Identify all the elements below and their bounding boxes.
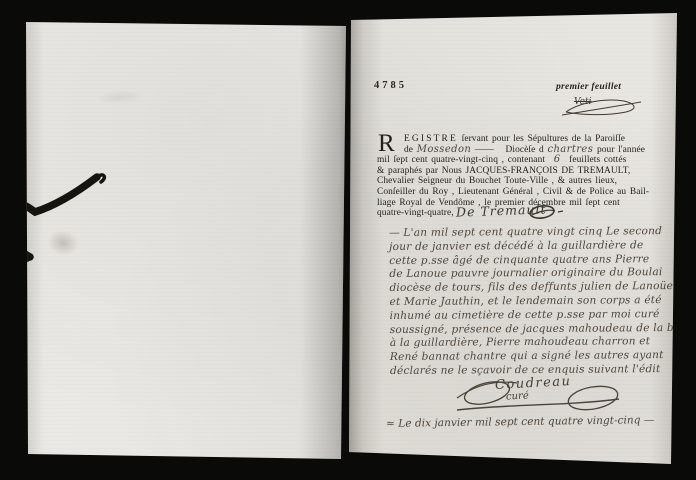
handwritten-leaf-count: 6 xyxy=(549,154,566,165)
act-line: jour de janvier est décédé à la guillard… xyxy=(389,239,675,255)
printed-diocese-label: Diocèſe d xyxy=(498,145,544,155)
printed-line-3: mil ſept cent quatre-vingt-cinq , conten… xyxy=(377,155,674,166)
printed-line-2: de Mossedon —— Diocèſe d chartres pour l… xyxy=(377,145,674,156)
cure-title-text: curé xyxy=(506,390,529,402)
printed-registre-word: EGISTRE xyxy=(404,134,458,144)
printed-de: de xyxy=(404,145,413,155)
printed-line-3-start: mil ſept cent quatre-vingt-cinq , conten… xyxy=(377,155,545,165)
printed-line-1-rest: ſervant pour les Sépultures de la Paroiſ… xyxy=(462,134,625,144)
folio-number: 4785 xyxy=(374,80,407,91)
first-leaf-note: premier feuillet xyxy=(556,82,621,92)
tremault-paraph-icon xyxy=(528,203,564,221)
act-line: inhumé au cimetière de cette p.sse par m… xyxy=(390,308,676,324)
cure-signature-title: curé xyxy=(506,390,529,402)
left-page-smudge xyxy=(84,86,155,109)
handwritten-parish-name: Mossedon xyxy=(417,144,472,155)
first-leaf-paraph-flourish-icon xyxy=(562,94,642,118)
left-page-gutter-shadow xyxy=(300,20,346,462)
printed-line-4: & paraphés par Nous JACQUES-FRANÇOIS DE … xyxy=(377,166,674,177)
handwritten-diocese-name: chartres xyxy=(547,144,593,155)
printed-line-5: Chevalier Seigneur du Bouchet Toute-Vill… xyxy=(377,176,674,187)
printed-line-6: Conſeiller du Roy , Lieutenant Général ,… xyxy=(377,187,674,198)
burial-act-block: — L'an mil sept cent quatre vingt cinq L… xyxy=(389,225,676,379)
folio-number-text: 4785 xyxy=(374,80,407,91)
archival-register-scan: 4785 premier feuillet Veti R EGISTRE ſer… xyxy=(0,0,696,480)
bottom-date-note-text: ≈ Le dix janvier mil sept cent quatre vi… xyxy=(386,414,655,430)
printed-rule-dash: —— xyxy=(475,145,494,155)
bottom-date-note: ≈ Le dix janvier mil sept cent quatre vi… xyxy=(386,414,655,430)
binding-ribbon-icon xyxy=(0,165,120,270)
first-leaf-note-text: premier feuillet xyxy=(556,82,621,92)
printed-line-2-end: pour l'année xyxy=(597,145,645,155)
printed-line-3-end: feuillets cottés xyxy=(569,155,626,165)
